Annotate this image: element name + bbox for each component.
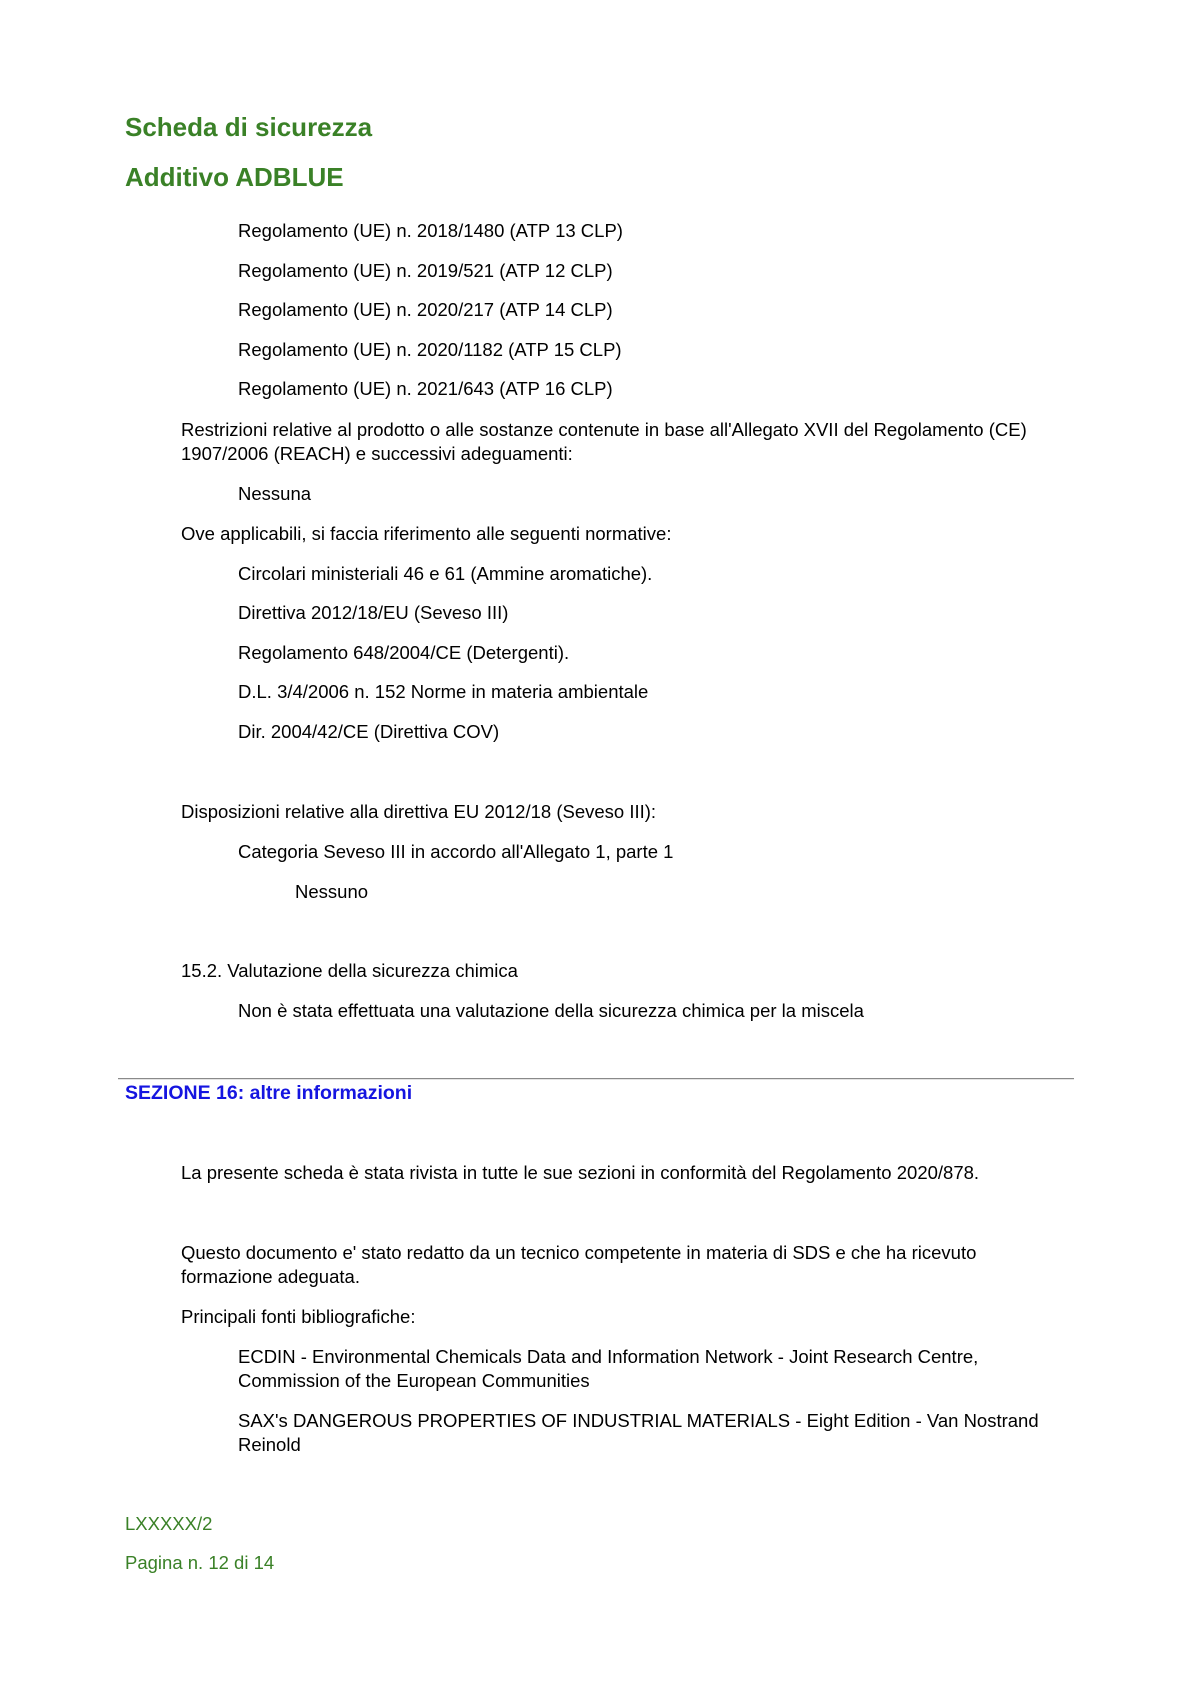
section-divider	[118, 1078, 1074, 1079]
seveso-category-value: Nessuno	[295, 880, 368, 904]
norm-item: D.L. 3/4/2006 n. 152 Norme in materia am…	[238, 680, 648, 704]
regulation-item: Regolamento (UE) n. 2018/1480 (ATP 13 CL…	[238, 219, 623, 243]
source-item: ECDIN - Environmental Chemicals Data and…	[238, 1345, 1068, 1393]
sources-label: Principali fonti bibliografiche:	[181, 1305, 415, 1329]
norm-item: Regolamento 648/2004/CE (Detergenti).	[238, 641, 569, 665]
author-note: Questo documento e' stato redatto da un …	[181, 1241, 1061, 1289]
document-code: LXXXXX/2	[125, 1513, 212, 1535]
revision-note: La presente scheda è stata rivista in tu…	[181, 1161, 979, 1185]
restrictions-label: Restrizioni relative al prodotto o alle …	[181, 418, 1061, 466]
document-title: Scheda di sicurezza	[125, 112, 372, 143]
chemical-safety-label: 15.2. Valutazione della sicurezza chimic…	[181, 959, 518, 983]
restrictions-value: Nessuna	[238, 482, 311, 506]
chemical-safety-value: Non è stata effettuata una valutazione d…	[238, 999, 864, 1023]
seveso-label: Disposizioni relative alla direttiva EU …	[181, 800, 656, 824]
source-item: SAX's DANGEROUS PROPERTIES OF INDUSTRIAL…	[238, 1409, 1068, 1457]
norm-item: Circolari ministeriali 46 e 61 (Ammine a…	[238, 562, 652, 586]
product-name: Additivo ADBLUE	[125, 162, 344, 193]
regulation-item: Regolamento (UE) n. 2019/521 (ATP 12 CLP…	[238, 259, 613, 283]
page-number: Pagina n. 12 di 14	[125, 1552, 274, 1574]
regulation-item: Regolamento (UE) n. 2021/643 (ATP 16 CLP…	[238, 377, 613, 401]
section-16-heading: SEZIONE 16: altre informazioni	[125, 1082, 412, 1105]
regulation-item: Regolamento (UE) n. 2020/217 (ATP 14 CLP…	[238, 298, 613, 322]
norm-item: Dir. 2004/42/CE (Direttiva COV)	[238, 720, 499, 744]
regulation-item: Regolamento (UE) n. 2020/1182 (ATP 15 CL…	[238, 338, 622, 362]
applicable-norms-label: Ove applicabili, si faccia riferimento a…	[181, 522, 671, 546]
norm-item: Direttiva 2012/18/EU (Seveso III)	[238, 601, 508, 625]
seveso-category-label: Categoria Seveso III in accordo all'Alle…	[238, 840, 673, 864]
